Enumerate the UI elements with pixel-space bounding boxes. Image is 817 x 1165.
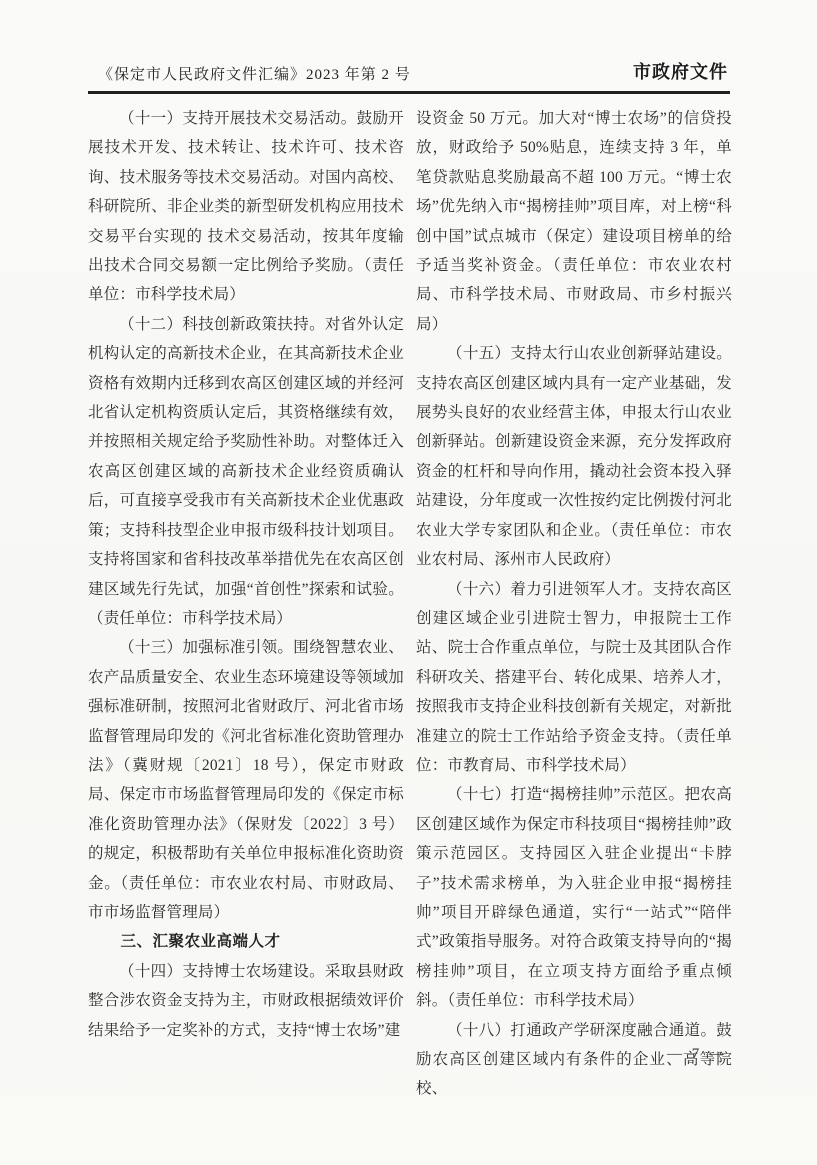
paragraph-item-17: （十七）打造“揭榜挂帅”示范区。把农高区创建区域作为保定市科技项目“揭榜挂帅”政…	[416, 780, 732, 1015]
paragraph-item-15: （十五）支持太行山农业创新驿站建设。支持农高区创建区域内具有一定产业基础，发展势…	[416, 339, 732, 574]
paragraph-item-13: （十三）加强标准引领。围绕智慧农业、农产品质量安全、农业生态环境建设等领域加强标…	[88, 633, 404, 927]
page-number: — 7 —	[667, 1046, 727, 1063]
page-header: 《保定市人民政府文件汇编》2023 年第 2 号 市政府文件	[88, 58, 730, 94]
document-category-label: 市政府文件	[633, 58, 728, 84]
section-heading-3: 三、汇聚农业高端人才	[88, 927, 404, 956]
page-header-row: 《保定市人民政府文件汇编》2023 年第 2 号 市政府文件	[88, 58, 730, 91]
paragraph-item-12: （十二）科技创新政策扶持。对省外认定机构认定的高新技术企业，在其高新技术企业资格…	[88, 310, 404, 633]
right-column: 设资金 50 万元。加大对“博士农场”的信贷投放，财政给予 50%贴息，连续支持…	[416, 104, 732, 1104]
paragraph-item-16: （十六）着力引进领军人才。支持农高区创建区域企业引进院士智力，申报院士工作站、院…	[416, 575, 732, 781]
paragraph-item-14: （十四）支持博士农场建设。采取县财政整合涉农资金支持为主，市财政根据绩效评价结果…	[88, 957, 404, 1045]
paragraph-item-14-continued: 设资金 50 万元。加大对“博士农场”的信贷投放，财政给予 50%贴息，连续支持…	[416, 104, 732, 339]
header-divider	[88, 91, 730, 94]
left-column: （十一）支持开展技术交易活动。鼓励开展技术开发、技术转让、技术许可、技术咨询、技…	[88, 104, 404, 1104]
document-page: 《保定市人民政府文件汇编》2023 年第 2 号 市政府文件 （十一）支持开展技…	[0, 0, 817, 1165]
journal-title: 《保定市人民政府文件汇编》2023 年第 2 号	[98, 63, 411, 84]
document-body: （十一）支持开展技术交易活动。鼓励开展技术开发、技术转让、技术许可、技术咨询、技…	[88, 104, 732, 1104]
paragraph-item-11: （十一）支持开展技术交易活动。鼓励开展技术开发、技术转让、技术许可、技术咨询、技…	[88, 104, 404, 310]
